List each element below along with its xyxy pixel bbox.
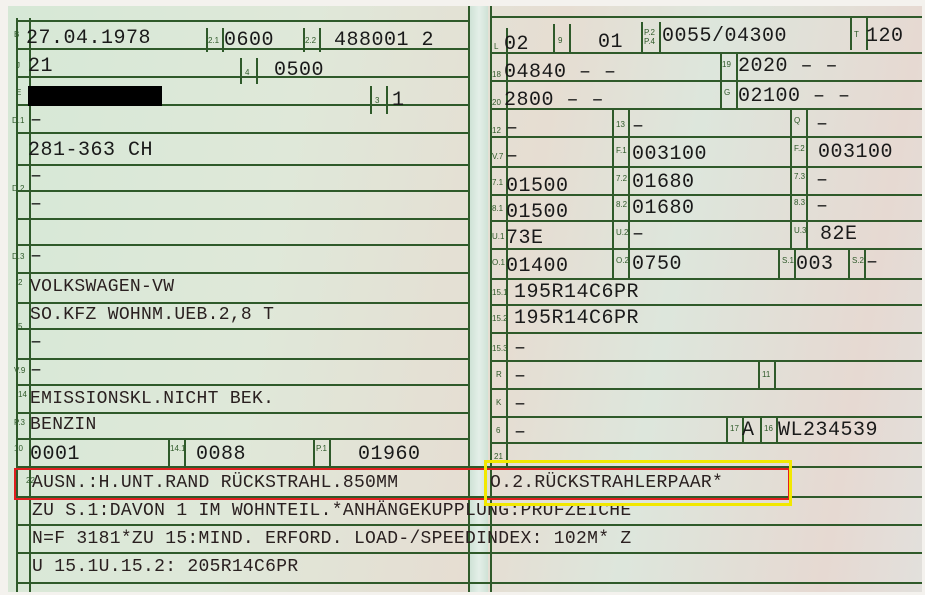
field-label-16: 16 bbox=[764, 424, 773, 433]
field-label-15-2: 15.2 bbox=[492, 314, 508, 323]
field-label-14-1: 14.1 bbox=[170, 444, 186, 453]
grid-line bbox=[16, 20, 468, 22]
field-6-date: – bbox=[514, 422, 527, 444]
field-label-g: G bbox=[724, 88, 730, 97]
field-v7-co2: – bbox=[506, 146, 519, 168]
field-f2-permitted-mass: 003100 bbox=[818, 142, 893, 164]
grid-line bbox=[16, 76, 468, 78]
field-label-13: 13 bbox=[616, 120, 625, 129]
field-7-3-axle-load-3: – bbox=[816, 170, 829, 192]
field-label-4: 4 bbox=[245, 68, 249, 77]
field-10-code: 0001 bbox=[30, 444, 80, 466]
field-2-1-manufacturer-code: 0600 bbox=[224, 30, 274, 52]
grid-line bbox=[490, 16, 922, 18]
grid-line bbox=[490, 304, 922, 306]
field-o1-trailer-braked: 01400 bbox=[506, 256, 569, 278]
field-label-l: L bbox=[494, 42, 498, 51]
grid-line bbox=[774, 360, 776, 388]
grid-line bbox=[659, 22, 661, 52]
grid-line bbox=[850, 18, 852, 50]
field-label-q: Q bbox=[794, 116, 800, 125]
field-q-power-weight: – bbox=[816, 114, 829, 136]
field-14-1-code: 0088 bbox=[196, 444, 246, 466]
grid-line bbox=[848, 248, 850, 278]
field-f1-max-mass: 003100 bbox=[632, 144, 707, 166]
field-d3-commercial-name: – bbox=[30, 246, 43, 268]
field-label-f1: F.1 bbox=[616, 146, 627, 155]
grid-line bbox=[628, 108, 630, 278]
field-label-11: 11 bbox=[762, 370, 770, 379]
grid-line bbox=[16, 438, 468, 440]
field-label-p3: P.3 bbox=[14, 418, 25, 427]
field-s2-standing: – bbox=[866, 252, 879, 274]
field-p1-displacement: 01960 bbox=[358, 444, 421, 466]
field-label-v9: V.9 bbox=[14, 366, 25, 375]
field-p3-fuel-type: BENZIN bbox=[30, 414, 97, 436]
field-8-1-axle-load-1: 01500 bbox=[506, 202, 569, 224]
registration-document: B 27.04.1978 2.1 0600 2.2 488001 2 J 21 … bbox=[8, 6, 922, 592]
field-label-15-3: 15.3 bbox=[492, 344, 508, 353]
grid-line bbox=[569, 24, 571, 52]
grid-line bbox=[490, 416, 922, 418]
field-label-7-2: 7.2 bbox=[616, 174, 627, 183]
grid-line bbox=[16, 582, 922, 584]
field-label-9: 9 bbox=[558, 36, 562, 45]
grid-line bbox=[16, 358, 468, 360]
field-label-u2: U.2 bbox=[616, 228, 628, 237]
field-d1-type-approval: 281-363 CH bbox=[28, 140, 153, 162]
grid-line bbox=[790, 108, 792, 248]
grid-line bbox=[370, 86, 372, 114]
field-u2-engine-rpm: – bbox=[632, 224, 645, 246]
field-label-20: 20 bbox=[492, 98, 501, 107]
grid-line bbox=[329, 438, 331, 466]
field-t-max-speed: 120 bbox=[866, 26, 904, 48]
field-d1-make: – bbox=[30, 110, 43, 132]
field-label-t: T bbox=[854, 30, 859, 39]
grid-line bbox=[490, 136, 922, 138]
highlight-box-yellow bbox=[484, 460, 792, 506]
field-label-5: 5 bbox=[18, 322, 22, 331]
grid-line bbox=[490, 442, 922, 444]
grid-line bbox=[490, 278, 922, 280]
field-label-u3: U.3 bbox=[794, 226, 806, 235]
field-label-p1: P.1 bbox=[316, 444, 327, 453]
field-4-body-type: 0500 bbox=[274, 60, 324, 82]
field-label-e: E bbox=[16, 88, 21, 97]
field-5-vehicle-type-extra: – bbox=[30, 332, 43, 354]
grid-line bbox=[490, 360, 922, 362]
field-label-8-2: 8.2 bbox=[616, 200, 627, 209]
field-12-volume: – bbox=[506, 118, 519, 140]
field-label-s1: S.1 bbox=[782, 256, 794, 265]
grid-line bbox=[490, 332, 922, 334]
field-label-f2: F.2 bbox=[794, 144, 805, 153]
field-l-axles: 02 bbox=[504, 34, 529, 56]
grid-line bbox=[16, 218, 468, 220]
grid-line bbox=[16, 244, 468, 246]
field-label-19: 19 bbox=[722, 60, 731, 69]
grid-line bbox=[490, 52, 922, 54]
field-b-first-registration-date: 27.04.1978 bbox=[26, 28, 151, 50]
field-o2-trailer-unbraked: 0750 bbox=[632, 254, 682, 276]
field-label-s2: S.2 bbox=[852, 256, 864, 265]
grid-line bbox=[319, 28, 321, 52]
grid-line bbox=[313, 438, 315, 466]
field-13-support-load: – bbox=[632, 116, 645, 138]
field-19-width: 2020 – – bbox=[738, 56, 838, 78]
grid-line bbox=[760, 416, 762, 444]
field-15-2-tires-axle-2: 195R14C6PR bbox=[514, 308, 639, 330]
grid-line bbox=[16, 132, 468, 134]
field-label-2-1: 2.1 bbox=[208, 36, 219, 45]
field-label-p2-p4: P.2 P.4 bbox=[644, 28, 658, 46]
field-label-7-3: 7.3 bbox=[794, 172, 805, 181]
grid-line bbox=[16, 164, 468, 166]
field-s1-seats: 003 bbox=[796, 254, 834, 276]
grid-line bbox=[16, 524, 922, 526]
remarks-line-4: U 15.1U.15.2: 205R14C6PR bbox=[32, 556, 298, 578]
field-label-d1: D.1 bbox=[12, 116, 24, 125]
field-k-ec-type-approval: – bbox=[514, 394, 527, 416]
field-g-empty-mass: 02100 – – bbox=[738, 86, 851, 108]
grid-line bbox=[386, 86, 388, 114]
grid-line bbox=[758, 360, 760, 388]
field-20-height: 2800 – – bbox=[504, 90, 604, 112]
grid-line bbox=[726, 416, 728, 444]
field-8-3-axle-load-3: – bbox=[816, 196, 829, 218]
field-label-o1: O.1 bbox=[492, 258, 505, 267]
field-label-2: 2 bbox=[18, 278, 22, 287]
field-7-1-axle-load-1: 01500 bbox=[506, 176, 569, 198]
field-p2-p4-power-rpm: 0055/04300 bbox=[662, 26, 787, 48]
grid-line bbox=[16, 384, 468, 386]
field-3-check-digit: 1 bbox=[392, 90, 405, 112]
field-u1-noise-stationary: 73E bbox=[506, 228, 544, 250]
field-label-12: 12 bbox=[492, 126, 501, 135]
field-label-18: 18 bbox=[492, 70, 501, 79]
field-label-15-1: 15.1 bbox=[492, 288, 508, 297]
field-7-2-axle-load-2: 01680 bbox=[632, 172, 695, 194]
grid-line bbox=[16, 552, 922, 554]
remarks-line-3: N=F 3181*ZU 15:MIND. ERFORD. LOAD-/SPEED… bbox=[32, 528, 632, 550]
field-label-o2: O.2 bbox=[616, 256, 629, 265]
field-label-k: K bbox=[496, 398, 501, 407]
field-label-7-1: 7.1 bbox=[492, 178, 503, 187]
field-15-3-tires-axle-3: – bbox=[514, 338, 527, 360]
field-9-drive-axles: 01 bbox=[598, 32, 623, 54]
field-5-vehicle-type: SO.KFZ WOHNM.UEB.2,8 T bbox=[30, 304, 274, 326]
field-d2-variant: – bbox=[30, 166, 43, 188]
grid-line bbox=[490, 248, 922, 250]
field-label-b: B bbox=[14, 30, 19, 39]
field-label-v7: V.7 bbox=[492, 152, 503, 161]
grid-line bbox=[16, 190, 468, 192]
grid-line bbox=[612, 108, 614, 278]
field-2-2-type-code: 488001 2 bbox=[334, 30, 434, 52]
field-15-1-tires-axle-1: 195R14C6PR bbox=[514, 282, 639, 304]
field-label-j: J bbox=[16, 61, 20, 70]
field-16-document-number: WL234539 bbox=[778, 420, 878, 442]
grid-line bbox=[16, 328, 468, 330]
grid-line bbox=[778, 248, 780, 278]
field-label-d3: D.3 bbox=[12, 252, 24, 261]
field-u3-noise-driving: 82E bbox=[820, 224, 858, 246]
field-j-vehicle-class: 21 bbox=[28, 56, 53, 78]
field-label-u1: U.1 bbox=[492, 232, 504, 241]
field-label-3: 3 bbox=[375, 96, 379, 105]
field-17-approval-code: A bbox=[742, 420, 755, 442]
field-label-10: 10 bbox=[14, 444, 23, 453]
grid-line bbox=[490, 388, 922, 390]
field-2-manufacturer: VOLKSWAGEN-VW bbox=[30, 276, 174, 298]
field-r-color: – bbox=[514, 366, 527, 388]
field-label-r: R bbox=[496, 370, 502, 379]
field-18-length: 04840 – – bbox=[504, 62, 617, 84]
grid-line bbox=[16, 272, 468, 274]
redacted-vin-bar bbox=[28, 86, 162, 106]
field-label-14: 14 bbox=[18, 390, 27, 399]
grid-line bbox=[240, 58, 242, 84]
field-label-6: 6 bbox=[496, 426, 500, 435]
field-label-2-2: 2.2 bbox=[305, 36, 316, 45]
field-8-2-axle-load-2: 01680 bbox=[632, 198, 695, 220]
field-label-17: 17 bbox=[730, 424, 739, 433]
grid-line bbox=[256, 58, 258, 84]
field-label-8-3: 8.3 bbox=[794, 198, 805, 207]
field-v9-emission-class: – bbox=[30, 360, 43, 382]
grid-line bbox=[490, 166, 922, 168]
field-label-d2: D.2 bbox=[12, 184, 24, 193]
field-label-8-1: 8.1 bbox=[492, 204, 503, 213]
grid-line bbox=[641, 22, 643, 52]
field-14-emission-note: EMISSIONSKL.NICHT BEK. bbox=[30, 388, 274, 410]
grid-line bbox=[553, 24, 555, 52]
field-d2-version: – bbox=[30, 194, 43, 216]
